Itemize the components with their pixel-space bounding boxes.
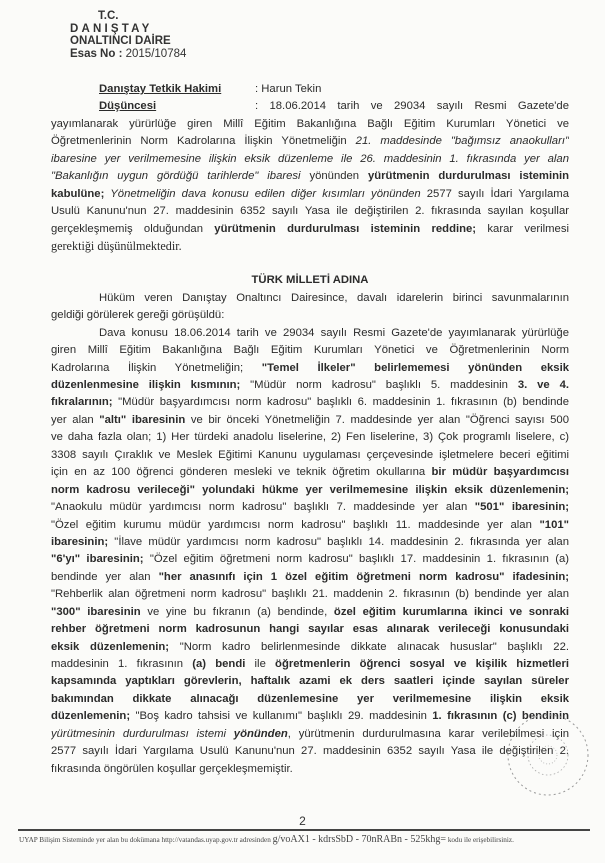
case-number: Esas No : 2015/10784 [70, 48, 186, 61]
text-line: Düşüncesi: 18.06.2014 tarih ve 29034 say… [51, 98, 569, 115]
footer-prefix: UYAP Bilişim Sisteminde yer alan bu dokü… [19, 836, 271, 844]
text-line: gerçekleşmemiş olduğundan yürütmenin dur… [51, 221, 569, 238]
text-line: 3308 sayılı Çıraklık ve Meslek Eğitimi K… [51, 447, 569, 464]
text-run: ile [245, 658, 275, 670]
page-number: 2 [0, 814, 605, 828]
text-line: Hüküm veren Danıştay Onaltıncı Dairesinc… [51, 290, 569, 307]
text-line: için en az 100 öğrenci gönderen mesleki … [51, 464, 569, 481]
text-line: düzenlemenin; "Boş kadro tahsisi ve kull… [51, 708, 569, 725]
text-line: bakımından dikkate alınacağı düzenlemesi… [51, 691, 569, 708]
footer-suffix: kodu ile erişebilirsiniz. [448, 836, 514, 844]
text-run: "Bakanlığın uygun gördüğü tarihlerde" ib… [51, 170, 301, 182]
text-run: Dava konusu 18.06.2014 tarih ve 29034 sa… [99, 327, 569, 339]
text-run: "Anaokulu müdür yardımcısı norm kadrosu"… [51, 501, 475, 513]
text-run: yer alan [51, 414, 99, 426]
text-run: "her anasınıfı için 1 özel eğitim öğretm… [159, 571, 569, 583]
text-run: "Özel eğitim öğretmeni norm kadrosu" baş… [144, 553, 569, 565]
text-run: ibaresine yer verilmemesine ilişkin eksi… [51, 153, 569, 165]
text-run: ibaresinin; [51, 536, 108, 548]
text-line: fıkrasında öngörülen koşullar gerçekleşm… [51, 761, 569, 778]
opinion-section: Düşüncesi: 18.06.2014 tarih ve 29034 say… [51, 98, 569, 255]
text-run: 3. ve 4. [518, 379, 569, 391]
text-line: Usulü Kanunu'nun 27. maddesinin 6352 say… [51, 203, 569, 220]
text-line: "Rehberlik alan öğretmeni norm kadrosu" … [51, 586, 569, 603]
text-run: bakımından dikkate alınacağı düzenlemesi… [51, 693, 569, 705]
text-line: giren Millî Eğitim Bakanlığına Bağlı Eği… [51, 342, 569, 359]
text-run: yayımlanarak yürürlüğe giren Millî Eğiti… [51, 118, 569, 130]
text-run: fıkrasında öngörülen koşullar gerçekleşm… [51, 763, 293, 775]
text-run: norm kadrosu verileceği" yolundaki hükme… [51, 484, 569, 496]
text-line: ibaresinin; "İlave müdür yardımcısı norm… [51, 534, 569, 551]
text-run: "Müdür norm kadrosu" başlıklı 5. maddesi… [240, 379, 518, 391]
text-run: "300" ibaresinin [51, 606, 141, 618]
text-line: maddesinin 1. fıkrasının (a) bendi ile ö… [51, 656, 569, 673]
text-run: yönünden [234, 728, 288, 740]
header-court-name: DANIŞTAY [70, 23, 186, 36]
text-run: "501" ibaresinin; [475, 501, 569, 513]
text-run: Yönetmeliğin dava konusu edilen diğer kı… [104, 188, 420, 200]
text-run: bir müdür başyardımcısı [432, 466, 569, 478]
text-run: "Müdür başyardımcısı norm kadrosu" başlı… [113, 396, 569, 408]
footer-divider [18, 829, 590, 831]
text-run: ve daha fazla olan; 1) Her türdeki anado… [51, 431, 569, 443]
text-run: yürütmesinin durdurulması istemi [51, 728, 234, 740]
text-run: geldiği görülerek gereği görüşüldü: [51, 309, 224, 321]
text-line: düzenlenmesine ilişkin kısmının; "Müdür … [51, 377, 569, 394]
text-run: ve bir önceki Yönetmeliğin 7. maddesinde… [185, 414, 569, 426]
text-run: yönünden [301, 170, 368, 182]
text-run: "İlave müdür yardımcısı norm kadrosu" ba… [108, 536, 569, 548]
judge-label: Danıştay Tetkik Hakimi [99, 81, 255, 98]
text-line: geldiği görülerek gereği görüşüldü: [51, 307, 569, 324]
text-run: özel eğitim kurumlarına ikinci ve sonrak… [334, 606, 569, 618]
text-run: 2577 sayılı İdari Yargılama Usulü Kanunu… [51, 745, 569, 757]
case-number-value: 2015/10784 [126, 48, 187, 60]
text-run: düzenlemenin; [51, 710, 130, 722]
text-run: yürütmenin durdurulması isteminin reddin… [214, 223, 476, 235]
text-run: yürütmenin durdurulması isteminin [368, 170, 569, 182]
text-line: Kadrolarına İlişkin Yönetmeliğin; "Temel… [51, 360, 569, 377]
text-line: 2577 sayılı İdari Yargılama Usulü Kanunu… [51, 743, 569, 760]
text-line: ibaresine yer verilmemesine ilişkin eksi… [51, 151, 569, 168]
text-run: Öğretmenlerinin Norm Kadrolarına İlişkin… [51, 135, 356, 147]
text-line: "Özel eğitim kurumu müdür yardımcısı nor… [51, 517, 569, 534]
text-run: "altı" ibaresinin [99, 414, 185, 426]
text-line: yayımlanarak yürürlüğe giren Millî Eğiti… [51, 116, 569, 133]
header-tc: T.C. [70, 10, 186, 23]
text-run: "Temel İlkeler" belirlememesi yönünden e… [262, 362, 569, 374]
text-run: gerçekleşmemiş olduğundan [51, 223, 214, 235]
text-run: için en az 100 öğrenci gönderen mesleki … [51, 466, 432, 478]
text-run: kapsamında yaptıkları görevlerin, haftal… [51, 675, 569, 687]
text-line: yürütmesinin durdurulması istemi yönünde… [51, 726, 569, 743]
text-run: gerektiği düşünülmektedir. [51, 239, 182, 253]
footer-access-code: g/voAX1 - kdrsSbD - 70nRABn - 525khg= [273, 834, 446, 845]
text-line: bendinde yer alan "her anasınıfı için 1 … [51, 569, 569, 586]
text-run: : 18.06.2014 tarih ve 29034 sayılı Resmi… [255, 100, 569, 112]
opinion-label: Düşüncesi [99, 98, 255, 115]
header-chamber: ONALTINCI DAİRE [70, 35, 186, 48]
judge-line: Danıştay Tetkik Hakimi: Harun Tekin [51, 81, 569, 98]
text-line: rehber öğretmeni norm kadrosunun hangi s… [51, 621, 569, 638]
text-line: fıkralarının; "Müdür başyardımcısı norm … [51, 394, 569, 411]
text-run: "Rehberlik alan öğretmeni norm kadrosu" … [51, 588, 569, 600]
text-line: yer alan "altı" ibaresinin ve bir önceki… [51, 412, 569, 429]
text-run: eksik düzenlemenin; [51, 641, 169, 653]
text-run: maddesinin 1. fıkrasının [51, 658, 192, 670]
judge-name: : Harun Tekin [255, 83, 321, 95]
text-run: giren Millî Eğitim Bakanlığına Bağlı Eği… [51, 344, 569, 356]
text-run: 3308 sayılı Çıraklık ve Meslek Eğitimi K… [51, 449, 569, 461]
text-run: (a) bendi [192, 658, 245, 670]
text-run: düzenlenmesine ilişkin kısmının; [51, 379, 240, 391]
text-run: "Norm kadro belirlenmesinde dikkate alın… [169, 641, 569, 653]
text-run: Hüküm veren Danıştay Onaltıncı Dairesinc… [99, 292, 569, 304]
text-run: "Boş kadro tahsisi ve kullanımı" başlıkl… [130, 710, 432, 722]
text-line: Dava konusu 18.06.2014 tarih ve 29034 sa… [51, 325, 569, 342]
section-title: TÜRK MİLLETİ ADINA [51, 272, 569, 289]
text-line: kapsamında yaptıkları görevlerin, haftal… [51, 673, 569, 690]
text-run: fıkralarının; [51, 396, 113, 408]
text-run: karar verilmesi [476, 223, 569, 235]
text-run: rehber öğretmeni norm kadrosunun hangi s… [51, 623, 569, 635]
official-seal-stamp [505, 712, 591, 798]
text-run: "6'yı" ibaresinin; [51, 553, 144, 565]
text-line: kabulüne; Yönetmeliğin dava konusu edile… [51, 186, 569, 203]
text-line: eksik düzenlemenin; "Norm kadro belirlen… [51, 639, 569, 656]
text-line: "300" ibaresinin ve yine bu fıkranın (a)… [51, 604, 569, 621]
text-run: Usulü Kanunu'nun 27. maddesinin 6352 say… [51, 205, 569, 217]
text-line: "Anaokulu müdür yardımcısı norm kadrosu"… [51, 499, 569, 516]
decision-section: Hüküm veren Danıştay Onaltıncı Dairesinc… [51, 290, 569, 778]
text-run: 21. maddesinde "bağımsız anaokulları" [356, 135, 569, 147]
document-body: Danıştay Tetkik Hakimi: Harun Tekin Düşü… [51, 81, 569, 778]
text-run: Kadrolarına İlişkin Yönetmeliğin; [51, 362, 262, 374]
text-line: ve daha fazla olan; 1) Her türdeki anado… [51, 429, 569, 446]
text-line: norm kadrosu verileceği" yolundaki hükme… [51, 482, 569, 499]
text-run: öğretmenlerin öğrenci sosyal ve kişilik … [275, 658, 569, 670]
footer-access-note: UYAP Bilişim Sisteminde yer alan bu dokü… [19, 834, 514, 845]
text-line: gerektiği düşünülmektedir. [51, 238, 569, 255]
text-run: bendinde yer alan [51, 571, 159, 583]
text-line: "6'yı" ibaresinin; "Özel eğitim öğretmen… [51, 551, 569, 568]
text-run: ve yine bu fıkranın (a) bendinde, [141, 606, 334, 618]
text-line: Öğretmenlerinin Norm Kadrolarına İlişkin… [51, 133, 569, 150]
court-header: T.C. DANIŞTAY ONALTINCI DAİRE Esas No : … [70, 10, 186, 60]
text-run: "Özel eğitim kurumu müdür yardımcısı nor… [51, 519, 539, 531]
text-run: "101" [539, 519, 569, 531]
text-line: "Bakanlığın uygun gördüğü tarihlerde" ib… [51, 168, 569, 185]
case-number-label: Esas No : [70, 48, 122, 60]
text-run: kabulüne; [51, 188, 104, 200]
text-run: 2577 sayılı İdari Yargılama [421, 188, 569, 200]
